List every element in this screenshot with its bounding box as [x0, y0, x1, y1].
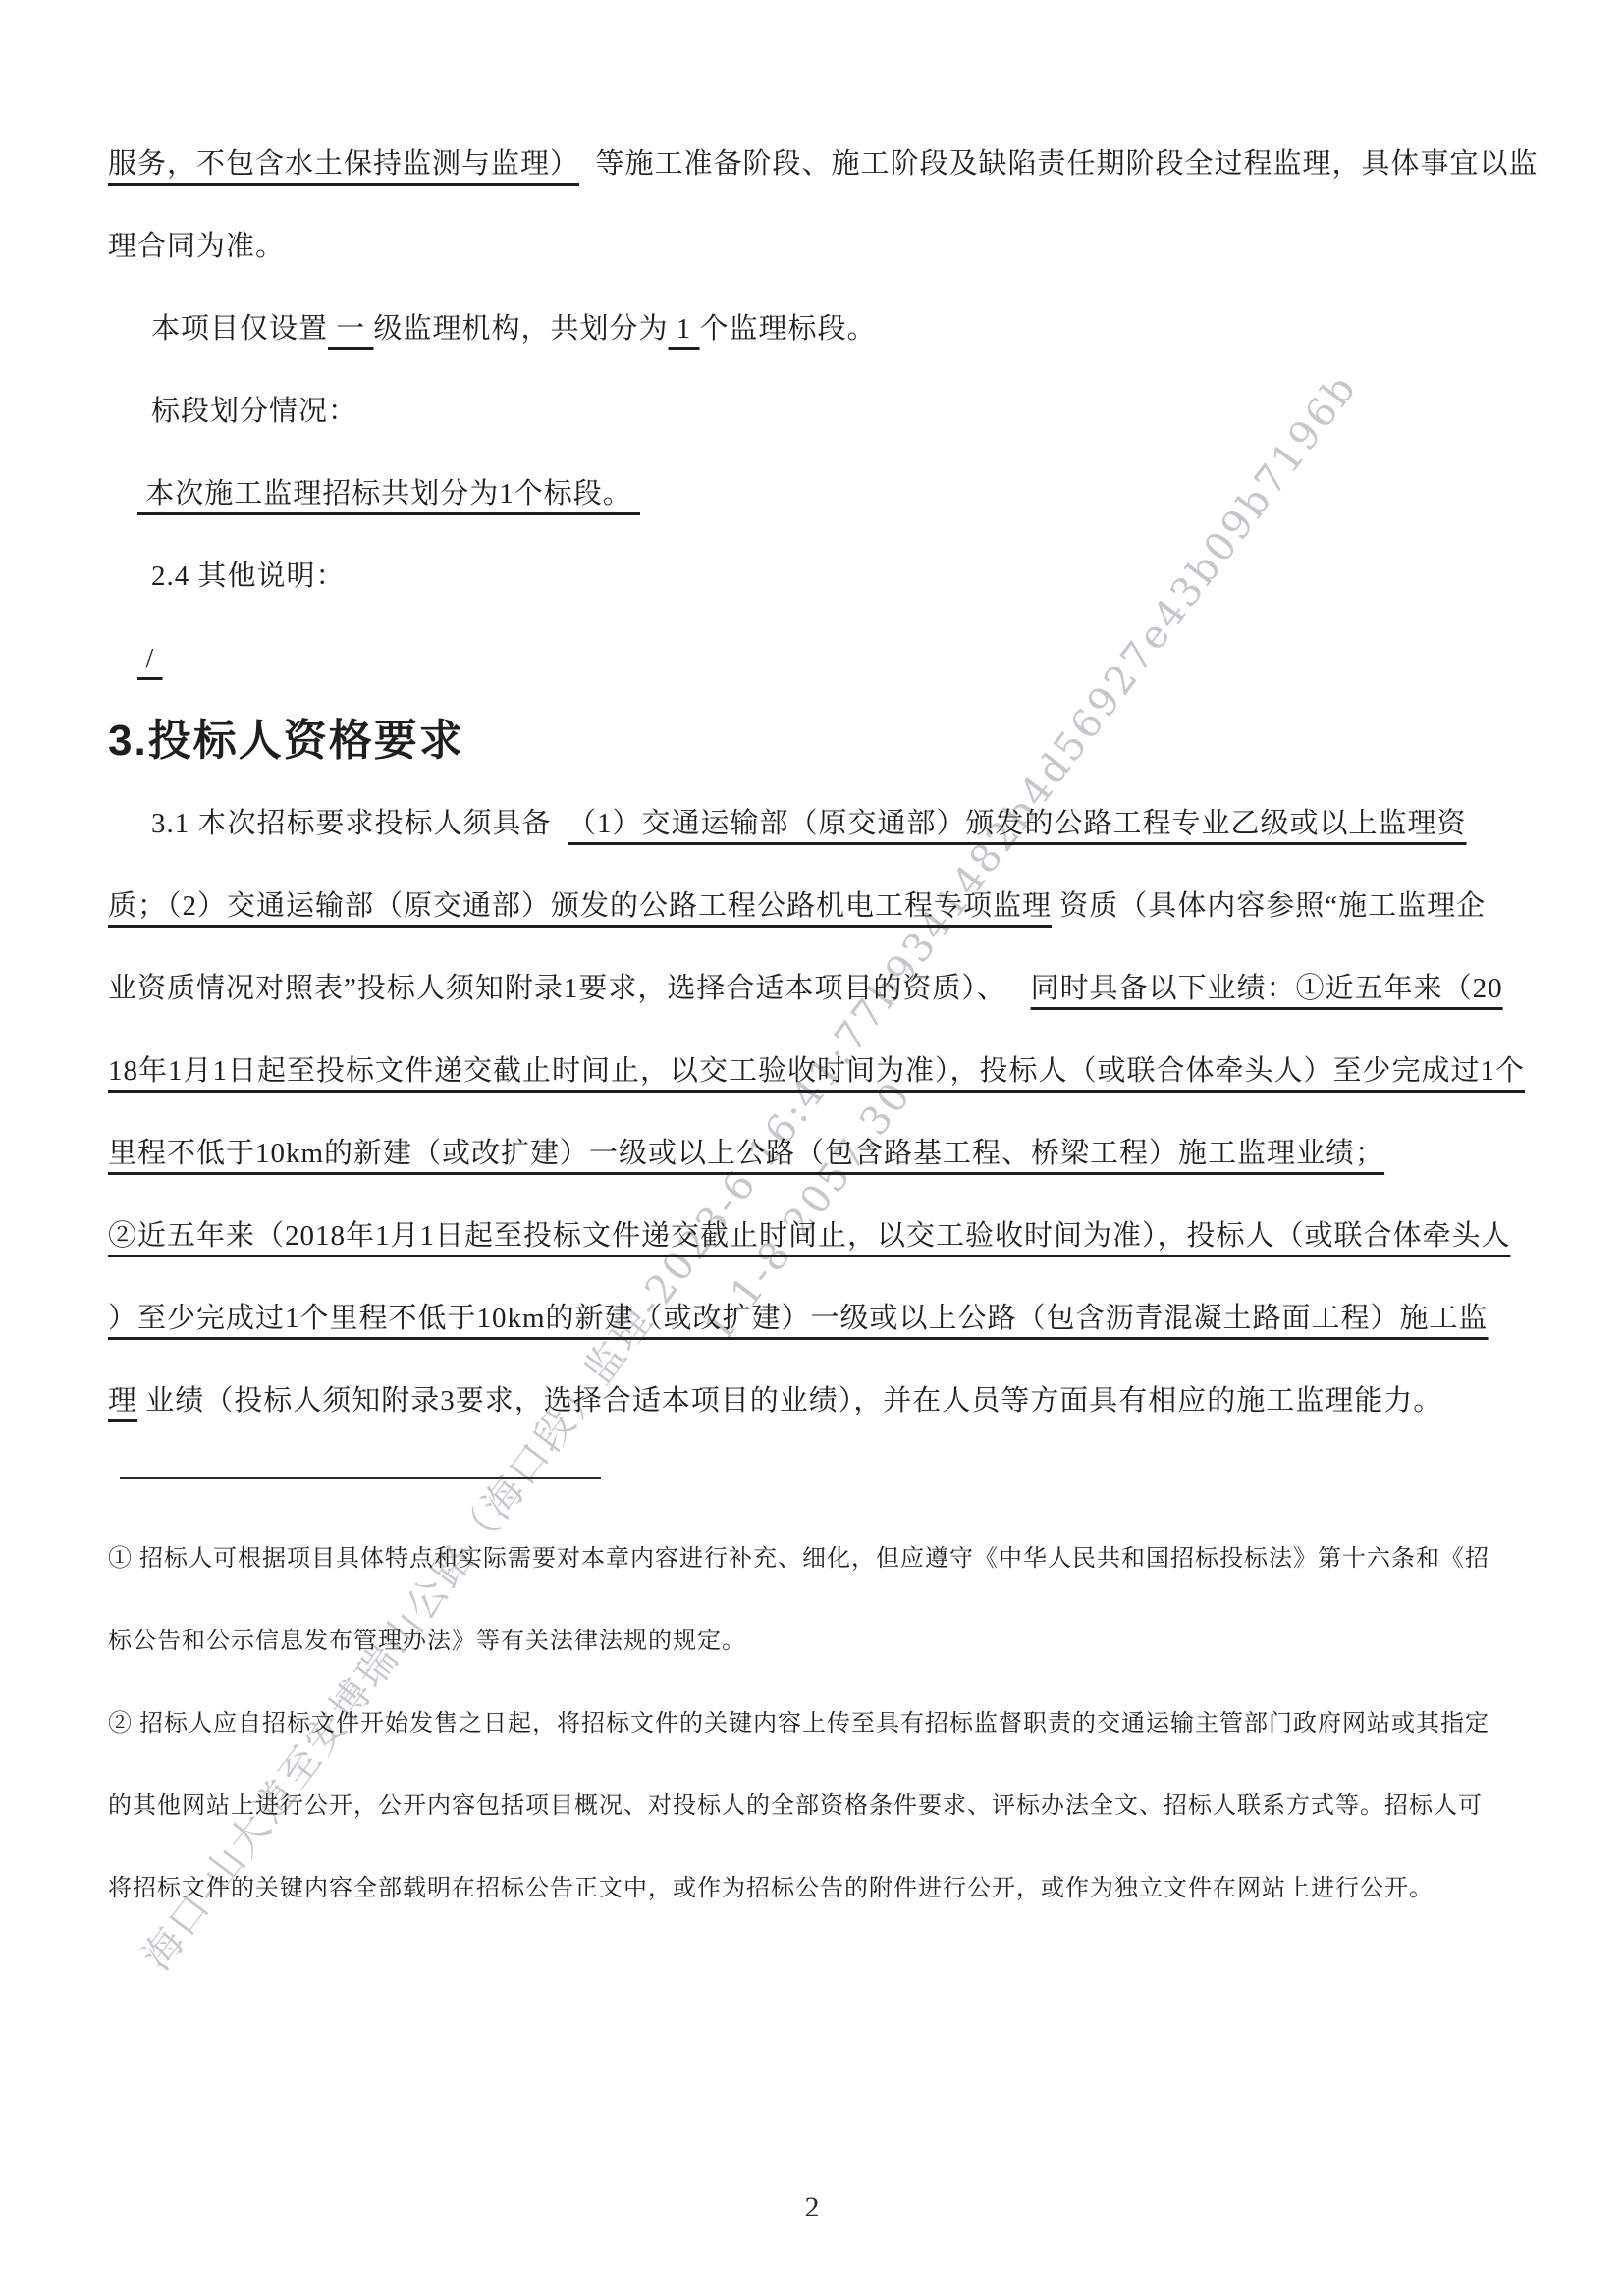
- text-line: 本项目仅设置 一 级监理机构，共划分为 1 个监理标段。: [108, 288, 1516, 370]
- text-run: 标段划分情况：: [151, 396, 357, 427]
- text-line: /: [108, 617, 1516, 700]
- underlined-text: （1）交通运输部（原交通部）颁发的公路工程专业乙级或以上监理资: [568, 808, 1467, 839]
- text-run: ① 招标人可根据项目具体特点和实际需要对本章内容进行补充、细化，但应遵守《中华人…: [108, 1546, 1489, 1572]
- text-line: 本次施工监理招标共划分为1个标段。: [108, 453, 1516, 535]
- document-page: 海口-山大道至安博瑞山公路（海口段）监理-2023-6 16:41:77b934…: [0, 0, 1624, 2296]
- text-line: 的其他网站上进行公开，公开内容包括项目概况、对投标人的全部资格条件要求、评标办法…: [108, 1765, 1516, 1847]
- underlined-text: 质；（2）交通运输部（原交通部）颁发的公路工程公路机电工程专项监理: [108, 890, 1052, 922]
- text-line: 将招标文件的关键内容全部载明在招标公告正文中，或作为招标公告的附件进行公开，或作…: [108, 1847, 1516, 1930]
- text-line: 理合同为准。: [108, 205, 1516, 288]
- underlined-text: /: [137, 643, 163, 674]
- underlined-text: 同时具备以下业绩：①近五年来（20: [1031, 973, 1503, 1004]
- page-number: 2: [0, 2191, 1624, 2224]
- text-run: 将招标文件的关键内容全部载明在招标公告正文中，或作为招标公告的附件进行公开，或作…: [108, 1876, 1434, 1901]
- underlined-text: 一: [328, 313, 374, 345]
- text-run: 资质（具体内容参照“施工监理企: [1052, 890, 1486, 922]
- text-run: 的其他网站上进行公开，公开内容包括项目概况、对投标人的全部资格条件要求、评标办法…: [108, 1793, 1483, 1819]
- text-run: 个监理标段。: [700, 313, 877, 345]
- text-run: 3.1 本次招标要求投标人须具备: [151, 808, 568, 839]
- text-line: 标段划分情况：: [108, 370, 1516, 453]
- underlined-text: 里程不低于10km的新建（或改扩建）一级或以上公路（包含路基工程、桥梁工程）施工…: [108, 1138, 1384, 1169]
- text-run: 业资质情况对照表”投标人须知附录1要求，选择合适本项目的资质）、: [108, 973, 1031, 1004]
- underlined-text: ②近五年来（2018年1月1日起至投标文件递交截止时间止，以交工验收时间为准），…: [108, 1220, 1511, 1252]
- text-line: 服务，不包含水土保持监测与监理） 等施工准备阶段、施工阶段及缺陷责任期阶段全过程…: [108, 123, 1516, 205]
- text-line: 2.4 其他说明：: [108, 535, 1516, 617]
- text-run: 理合同为准。: [108, 231, 285, 262]
- section-heading: 3.投标人资格要求: [108, 700, 1516, 782]
- text-run: 级监理机构，共划分为: [374, 313, 669, 345]
- text-run: 2.4 其他说明：: [151, 561, 346, 592]
- text-run: 业绩（投标人须知附录3要求，选择合适本项目的业绩），并在人员等方面具有相应的施工…: [137, 1385, 1442, 1416]
- underlined-text: 理: [108, 1385, 137, 1416]
- text-run: ② 招标人应自招标文件开始发售之日起，将招标文件的关键内容上传至具有招标监督职责…: [108, 1711, 1489, 1736]
- underlined-text: 本次施工监理招标共划分为1个标段。: [137, 478, 640, 509]
- underlined-text: ）至少完成过1个里程不低于10km的新建（或改扩建）一级或以上公路（包含沥青混凝…: [108, 1303, 1489, 1334]
- text-run: 3.投标人资格要求: [108, 717, 464, 765]
- text-line: 质；（2）交通运输部（原交通部）颁发的公路工程公路机电工程专项监理 资质（具体内…: [108, 865, 1516, 947]
- body-text: 服务，不包含水土保持监测与监理） 等施工准备阶段、施工阶段及缺陷责任期阶段全过程…: [108, 123, 1516, 1442]
- text-run: 等施工准备阶段、施工阶段及缺陷责任期阶段全过程监理，具体事宜以监: [579, 148, 1539, 180]
- text-line: ② 招标人应自招标文件开始发售之日起，将招标文件的关键内容上传至具有招标监督职责…: [108, 1682, 1516, 1765]
- text-line: 业资质情况对照表”投标人须知附录1要求，选择合适本项目的资质）、 同时具备以下业…: [108, 947, 1516, 1030]
- page-content: 服务，不包含水土保持监测与监理） 等施工准备阶段、施工阶段及缺陷责任期阶段全过程…: [0, 0, 1624, 1930]
- underlined-text: 18年1月1日起至投标文件递交截止时间止，以交工验收时间为准），投标人（或联合体…: [108, 1055, 1525, 1087]
- footnotes: ① 招标人可根据项目具体特点和实际需要对本章内容进行补充、细化，但应遵守《中华人…: [108, 1518, 1516, 1930]
- text-line: ① 招标人可根据项目具体特点和实际需要对本章内容进行补充、细化，但应遵守《中华人…: [108, 1518, 1516, 1600]
- text-line: 里程不低于10km的新建（或改扩建）一级或以上公路（包含路基工程、桥梁工程）施工…: [108, 1112, 1516, 1195]
- text-line: 18年1月1日起至投标文件递交截止时间止，以交工验收时间为准），投标人（或联合体…: [108, 1030, 1516, 1112]
- text-run: 本项目仅设置: [151, 313, 328, 345]
- footnote-separator: [120, 1477, 601, 1479]
- underlined-text: 1: [669, 313, 700, 345]
- text-line: ②近五年来（2018年1月1日起至投标文件递交截止时间止，以交工验收时间为准），…: [108, 1195, 1516, 1277]
- text-line: 标公告和公示信息发布管理办法》等有关法律法规的规定。: [108, 1600, 1516, 1682]
- text-line: ）至少完成过1个里程不低于10km的新建（或改扩建）一级或以上公路（包含沥青混凝…: [108, 1277, 1516, 1360]
- text-line: 理 业绩（投标人须知附录3要求，选择合适本项目的业绩），并在人员等方面具有相应的…: [108, 1360, 1516, 1442]
- text-run: 标公告和公示信息发布管理办法》等有关法律法规的规定。: [108, 1629, 746, 1654]
- text-line: 3.1 本次招标要求投标人须具备 （1）交通运输部（原交通部）颁发的公路工程专业…: [108, 782, 1516, 865]
- underlined-text: 服务，不包含水土保持监测与监理）: [108, 148, 579, 180]
